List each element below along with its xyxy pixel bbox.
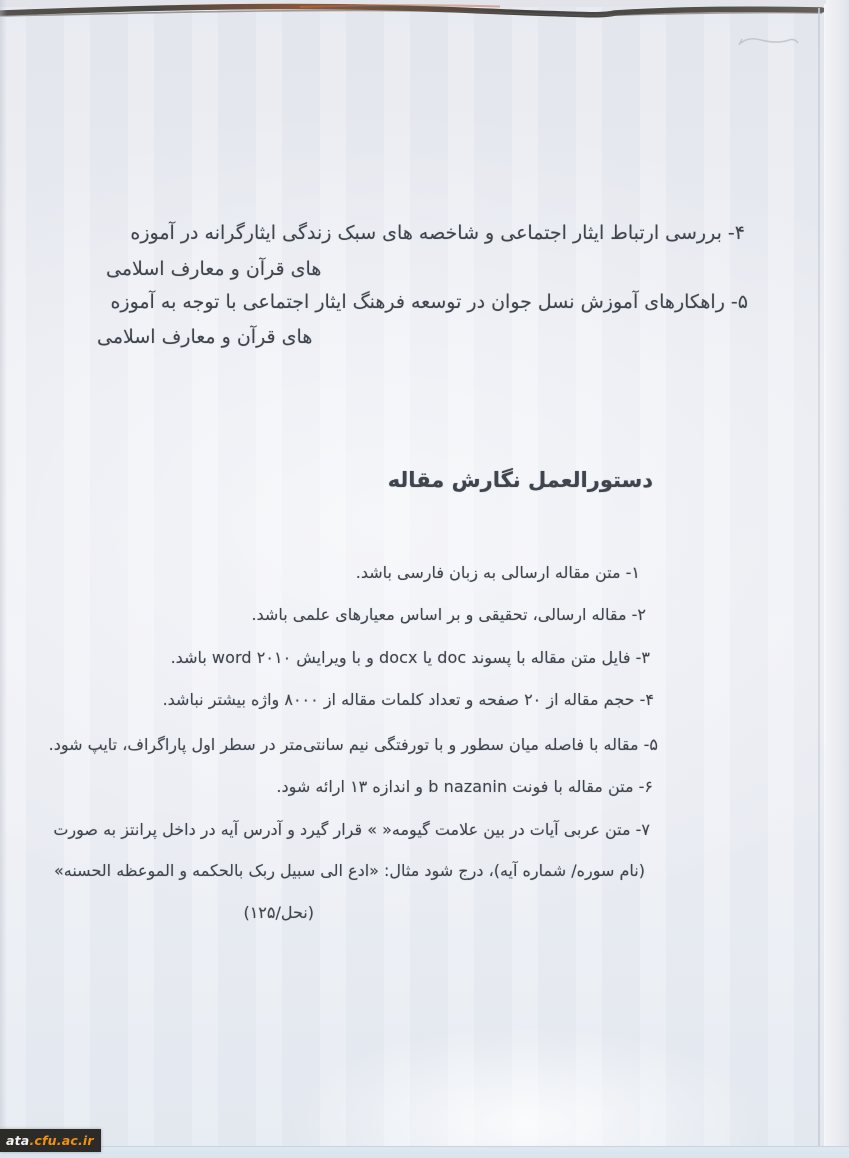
instruction-item-7-line1: ۷- متن عربی آیات در بین علامت گیومه« » ق… [53, 820, 650, 839]
watermark-suffix: .cfu.ac.ir [29, 1133, 93, 1148]
section-heading: دستورالعمل نگارش مقاله [388, 468, 653, 492]
instruction-item-7-line2: (نام سوره/ شماره آیه)، درج شود مثال: «اد… [54, 861, 645, 880]
topic-line-4a: ۴- بررسی ارتباط ایثار اجتماعی و شاخصه ها… [130, 222, 745, 244]
scan-left-shadow [0, 0, 7, 1158]
verse-reference: (نحل/۱۲۵) [243, 903, 314, 922]
paper-right-edge-line [818, 8, 820, 1150]
watermark-stamp: ata.cfu.ac.ir [0, 1129, 101, 1152]
instruction-item-6: ۶- متن مقاله با فونت b nazanin و اندازه … [276, 777, 653, 796]
scan-right-margin [826, 0, 849, 1158]
instruction-item-4: ۴- حجم مقاله از ۲۰ صفحه و تعداد کلمات مق… [163, 690, 654, 709]
topic-line-5b: های قرآن و معارف اسلامی [97, 326, 312, 348]
pencil-mark [0, 0, 849, 70]
scanned-document-page: ۴- بررسی ارتباط ایثار اجتماعی و شاخصه ها… [0, 0, 849, 1158]
watermark-prefix: ata [6, 1133, 29, 1148]
instruction-item-5: ۵- مقاله با فاصله میان سطور و با تورفتگی… [49, 735, 658, 754]
instruction-item-2: ۲- مقاله ارسالی، تحقیقی و بر اساس معیاره… [251, 605, 646, 624]
topic-line-4b: های قرآن و معارف اسلامی [106, 258, 321, 280]
instruction-item-3: ۳- فایل متن مقاله با پسوند doc یا docx و… [171, 648, 650, 667]
scan-bottom-margin [0, 1146, 849, 1158]
topic-line-5a: ۵- راهکارهای آموزش نسل جوان در توسعه فره… [110, 291, 748, 313]
instruction-item-1: ۱- متن مقاله ارسالی به زبان فارسی باشد. [356, 563, 640, 582]
